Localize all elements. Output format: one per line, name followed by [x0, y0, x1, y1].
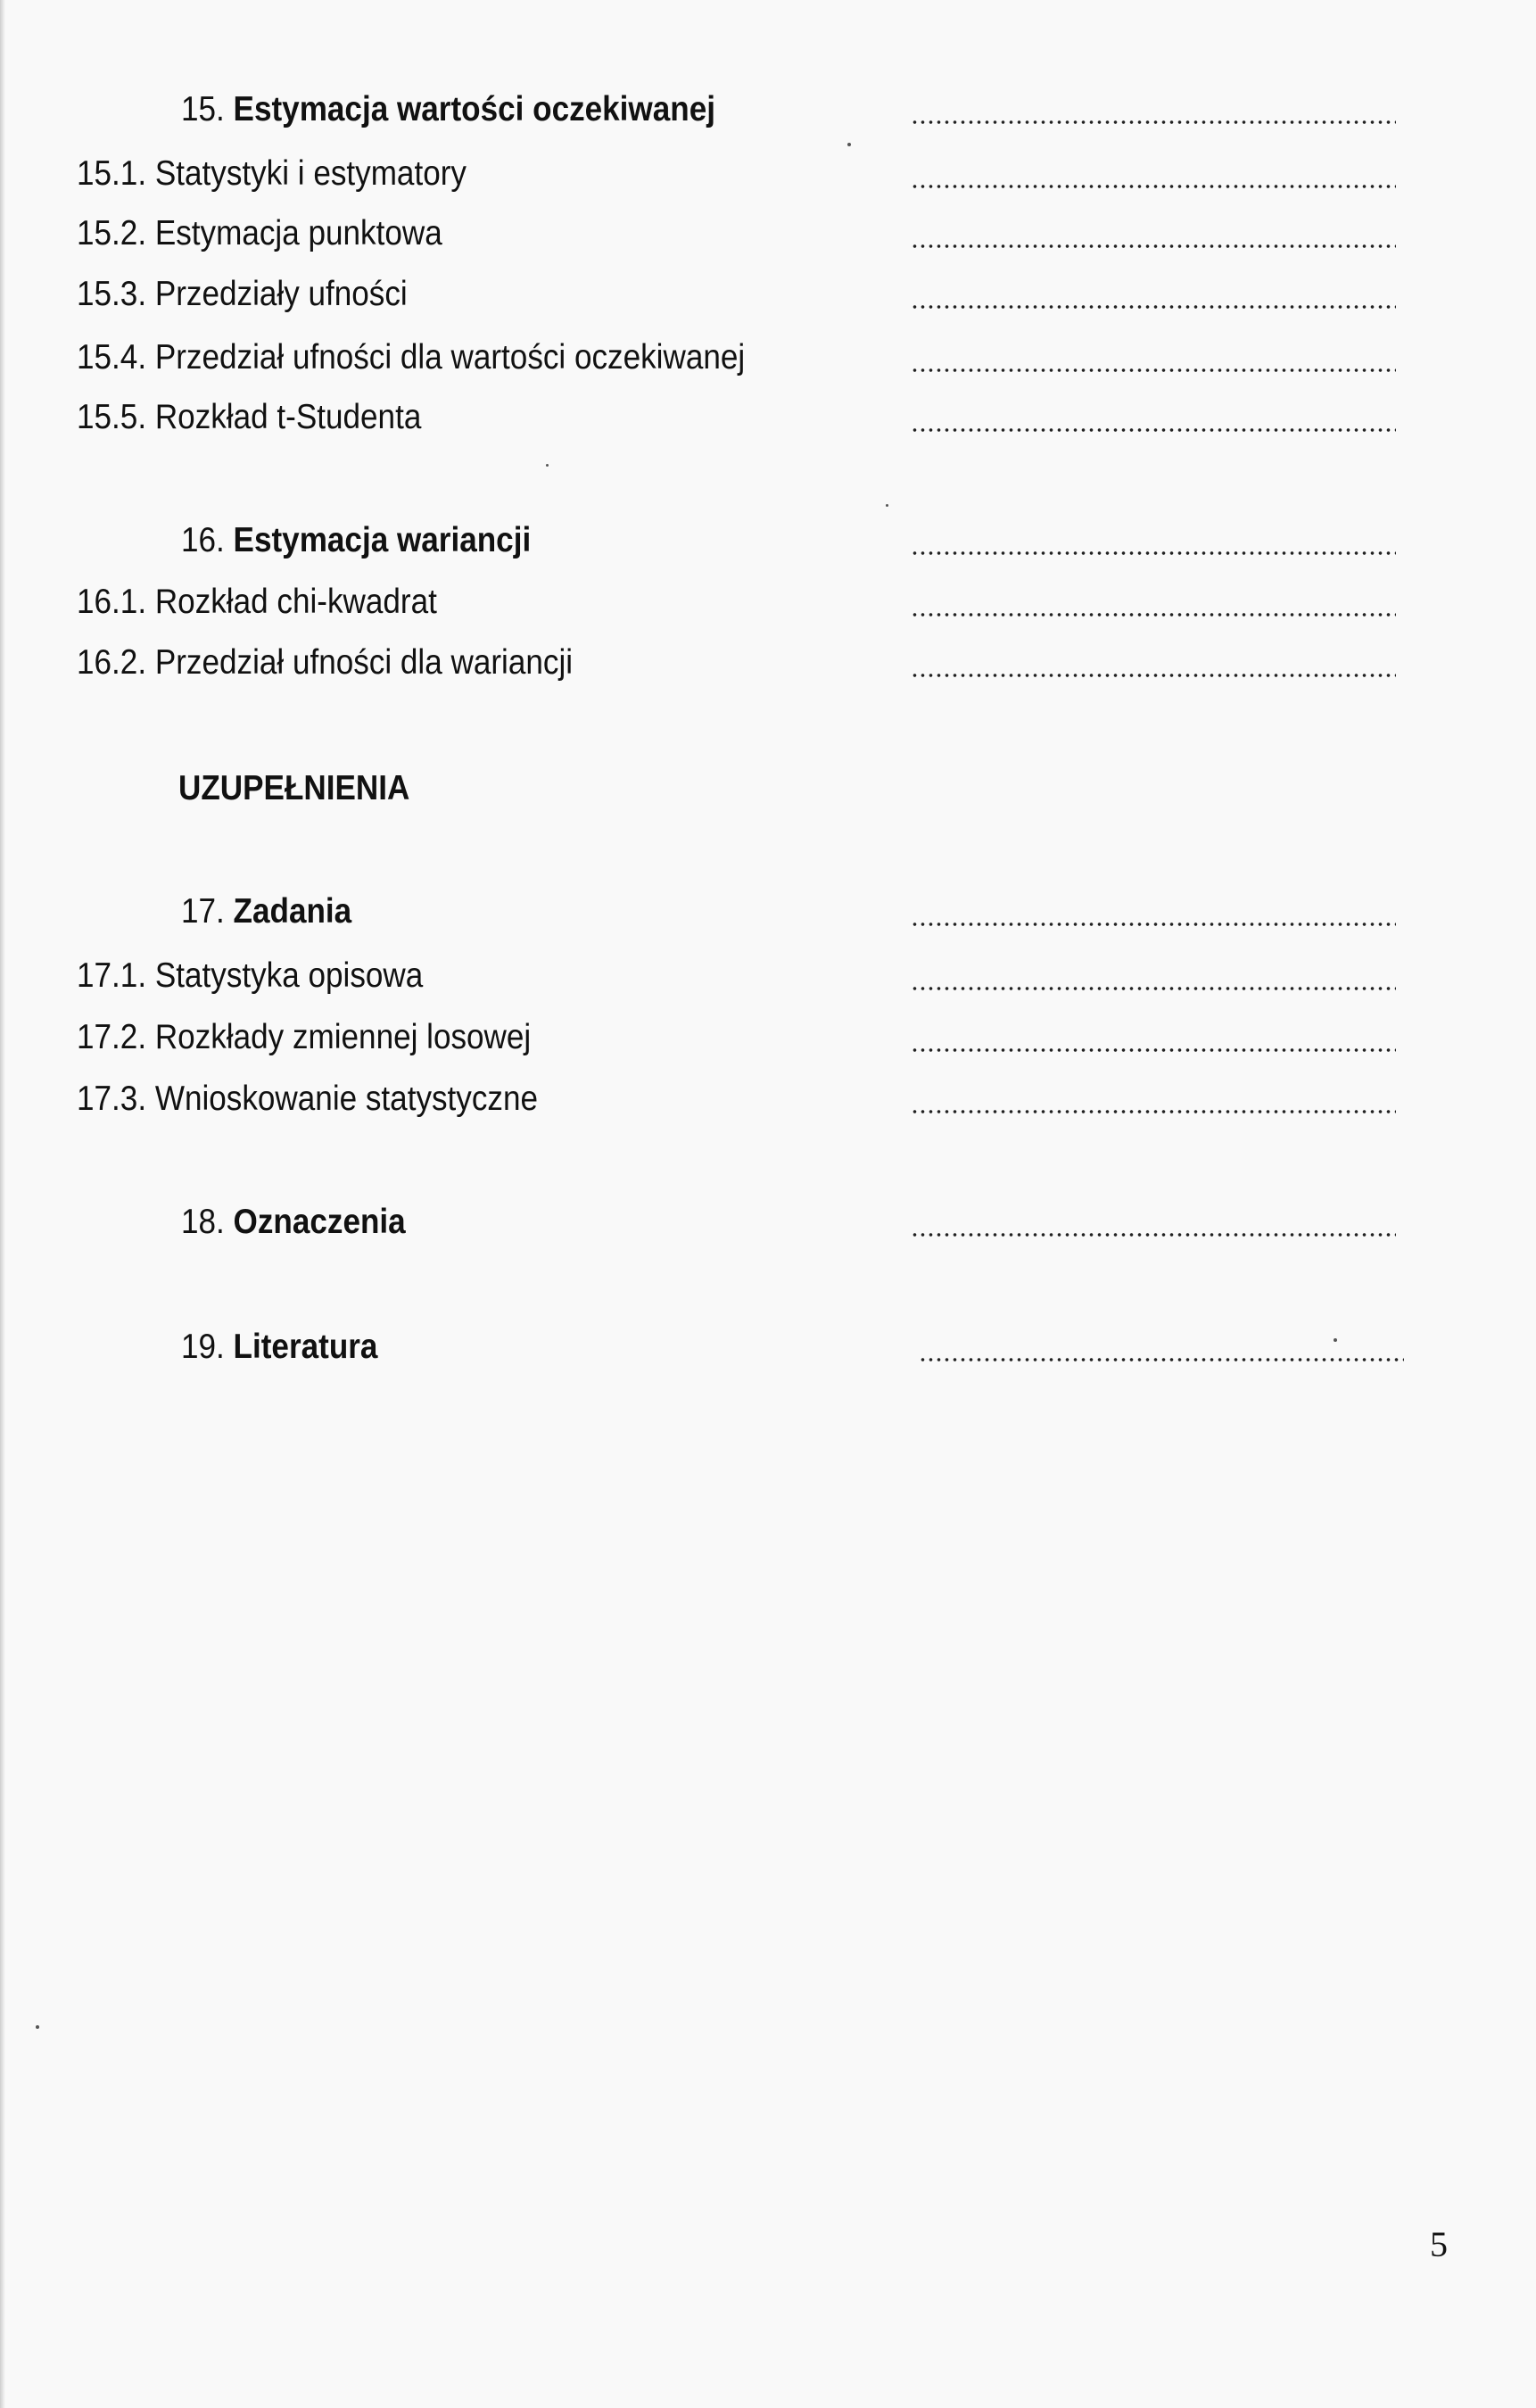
- toc-entry: 17.3. Wnioskowanie statystyczne: [0, 1077, 1536, 1121]
- toc-entry: 18. Oznaczenia: [0, 1200, 1536, 1245]
- entry-number: 15.5.: [77, 398, 146, 436]
- toc-entry: 17. Zadania: [0, 890, 1536, 934]
- entry-number: 16.1.: [77, 583, 146, 621]
- scan-speck: [36, 2025, 39, 2029]
- document-page: 15. Estymacja wartości oczekiwanej 15.1.…: [0, 0, 1536, 2408]
- entry-number: 17.: [181, 892, 225, 931]
- toc-entry-label: 15.2. Estymacja punktowa: [77, 211, 442, 256]
- scan-speck: [886, 504, 888, 507]
- entry-number: 15.2.: [77, 214, 146, 252]
- toc-entry: 16.2. Przedział ufności dla wariancji: [0, 641, 1536, 685]
- entry-number: 16.2.: [77, 643, 146, 682]
- toc-entry: 15.5. Rozkład t-Studenta: [0, 395, 1536, 440]
- toc-entry: 17.2. Rozkłady zmiennej losowej: [0, 1015, 1536, 1060]
- section-title: UZUPEŁNIENIA: [178, 766, 409, 811]
- toc-entry-label: 16. Estymacja wariancji: [181, 518, 531, 563]
- entry-title: Rozkład t-Studenta: [155, 398, 422, 436]
- dot-leader: [911, 1047, 1396, 1053]
- entry-title: Estymacja wariancji: [234, 521, 532, 559]
- dot-leader: [919, 1357, 1404, 1362]
- dot-leader: [911, 184, 1396, 189]
- entry-number: 15.4.: [77, 338, 146, 377]
- entry-title: Literatura: [234, 1328, 378, 1366]
- scan-speck: [847, 143, 851, 146]
- entry-title: Oznaczenia: [234, 1203, 406, 1241]
- toc-entry-label: 18. Oznaczenia: [181, 1200, 406, 1245]
- entry-title: Statystyki i estymatory: [155, 154, 467, 193]
- entry-number: 17.2.: [77, 1018, 146, 1056]
- dot-leader: [911, 673, 1396, 678]
- entry-number: 17.3.: [77, 1080, 146, 1118]
- toc-entry: 16. Estymacja wariancji: [0, 518, 1536, 563]
- toc-entry: 15.2. Estymacja punktowa: [0, 211, 1536, 256]
- dot-leader: [911, 1109, 1396, 1114]
- entry-title: Przedział ufności dla wartości oczekiwan…: [155, 338, 745, 377]
- scan-speck: [546, 464, 549, 467]
- entry-title: Przedział ufności dla wariancji: [155, 643, 573, 682]
- dot-leader: [911, 304, 1396, 310]
- entry-number: 15.: [181, 90, 225, 128]
- toc-entry-label: 15.4. Przedział ufności dla wartości ocz…: [77, 335, 745, 380]
- toc-entry-label: 17.2. Rozkłady zmiennej losowej: [77, 1015, 531, 1060]
- dot-leader: [911, 244, 1396, 249]
- toc-entry: 15. Estymacja wartości oczekiwanej: [0, 87, 1536, 132]
- toc-entry-label: 17. Zadania: [181, 890, 351, 934]
- entry-number: 16.: [181, 521, 225, 559]
- entry-title: Przedziały ufności: [155, 275, 408, 313]
- entry-title: Statystyka opisowa: [155, 956, 423, 995]
- dot-leader: [911, 120, 1396, 125]
- toc-entry: 19. Literatura: [0, 1325, 1536, 1369]
- entry-title: Estymacja punktowa: [155, 214, 442, 252]
- entry-number: 18.: [181, 1203, 225, 1241]
- entry-title: Wnioskowanie statystyczne: [155, 1080, 538, 1118]
- dot-leader: [911, 612, 1396, 617]
- scan-speck: [1334, 1338, 1337, 1342]
- toc-entry: 15.1. Statystyki i estymatory: [0, 152, 1536, 196]
- entry-title: Rozkład chi-kwadrat: [155, 583, 437, 621]
- dot-leader: [911, 368, 1396, 373]
- toc-entry-label: 19. Literatura: [181, 1325, 377, 1369]
- dot-leader: [911, 550, 1396, 556]
- entry-title: Zadania: [234, 892, 352, 931]
- toc-entry-label: 16.1. Rozkład chi-kwadrat: [77, 580, 437, 625]
- entry-number: 15.1.: [77, 154, 146, 193]
- entry-title: Rozkłady zmiennej losowej: [155, 1018, 531, 1056]
- toc-entry: 15.4. Przedział ufności dla wartości ocz…: [0, 335, 1536, 380]
- toc-entry-label: 15.1. Statystyki i estymatory: [77, 152, 467, 196]
- toc-entry-label: 17.1. Statystyka opisowa: [77, 954, 423, 998]
- entry-number: 15.3.: [77, 275, 146, 313]
- dot-leader: [911, 1232, 1396, 1237]
- toc-entry-label: 15.3. Przedziały ufności: [77, 272, 408, 317]
- dot-leader: [911, 922, 1396, 927]
- dot-leader: [911, 986, 1396, 991]
- toc-entry-label: 17.3. Wnioskowanie statystyczne: [77, 1077, 538, 1121]
- page-number: 5: [1430, 2223, 1448, 2265]
- toc-entry: 17.1. Statystyka opisowa: [0, 954, 1536, 998]
- dot-leader: [911, 427, 1396, 433]
- entry-number: 17.1.: [77, 956, 146, 995]
- toc-entry-label: 15. Estymacja wartości oczekiwanej: [181, 87, 715, 132]
- toc-entry: 15.3. Przedziały ufności: [0, 272, 1536, 317]
- toc-entry-label: 16.2. Przedział ufności dla wariancji: [77, 641, 573, 685]
- entry-title: Estymacja wartości oczekiwanej: [234, 90, 715, 128]
- toc-entry-label: 15.5. Rozkład t-Studenta: [77, 395, 421, 440]
- toc-section-heading: UZUPEŁNIENIA: [0, 766, 1536, 811]
- toc-entry: 16.1. Rozkład chi-kwadrat: [0, 580, 1536, 625]
- entry-number: 19.: [181, 1328, 225, 1366]
